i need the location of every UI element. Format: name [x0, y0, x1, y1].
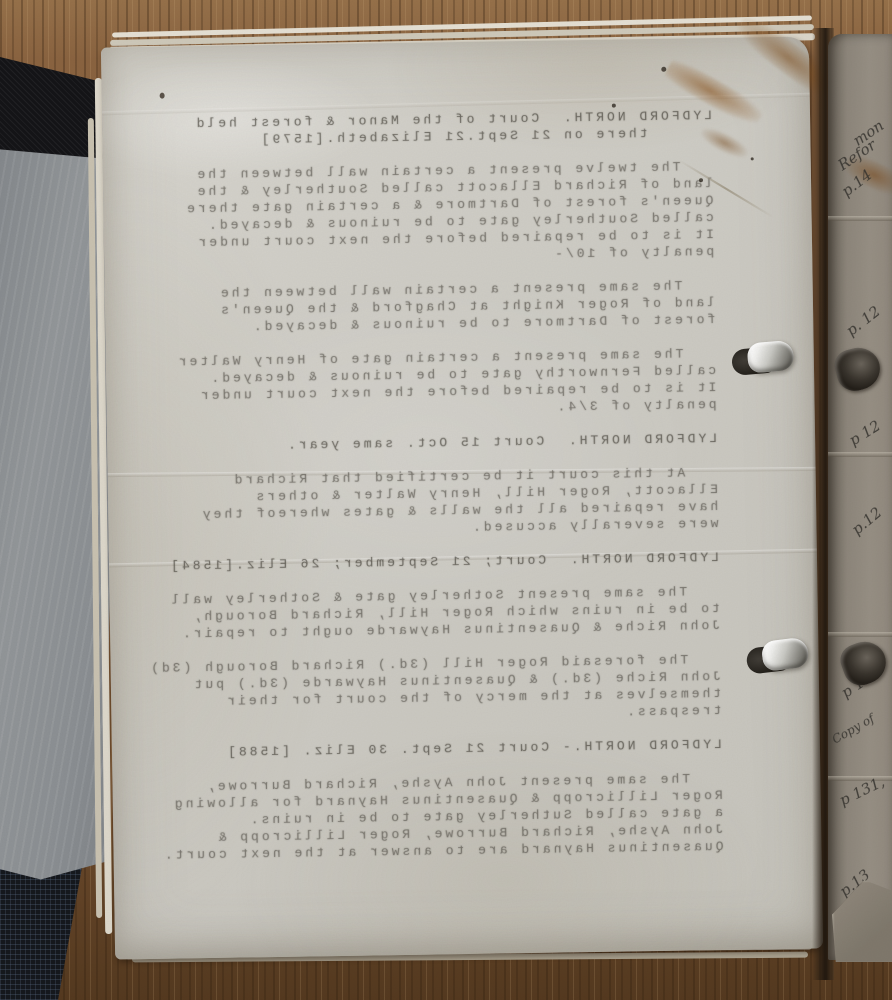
- fold-flap: [832, 880, 892, 962]
- folded-corner: [832, 880, 892, 962]
- handwritten-note: p 12: [846, 416, 884, 449]
- ink-speck: [612, 104, 616, 108]
- fold-crease: [828, 216, 892, 221]
- photo-scene: LYDFORD NORTH. Court of the Manor & fore…: [0, 0, 892, 1000]
- punch-hole: [160, 93, 165, 99]
- ink-speck: [661, 67, 666, 72]
- split-pin-fastener-top: [730, 337, 797, 382]
- ink-speck: [751, 157, 754, 160]
- handwritten-note: Copy of: [830, 711, 877, 746]
- handwritten-note: p. 12: [843, 302, 884, 340]
- handwritten-note: p.12: [848, 503, 885, 538]
- fastener-end-top: [832, 343, 885, 394]
- fastener-head: [761, 637, 810, 672]
- fastener-head: [746, 340, 794, 374]
- ink-speck: [699, 178, 703, 182]
- facing-page: mon Refor p.14 p. 12 p 12 p.12 p 13 Copy…: [828, 34, 892, 960]
- split-pin-fastener-bottom: [744, 633, 812, 680]
- document-page: LYDFORD NORTH. Court of the Manor & fore…: [101, 36, 823, 959]
- fold-crease: [828, 452, 892, 457]
- typed-text-bleedthrough: LYDFORD NORTH. Court of the Manor & fore…: [136, 96, 724, 881]
- fold-crease: [828, 632, 892, 637]
